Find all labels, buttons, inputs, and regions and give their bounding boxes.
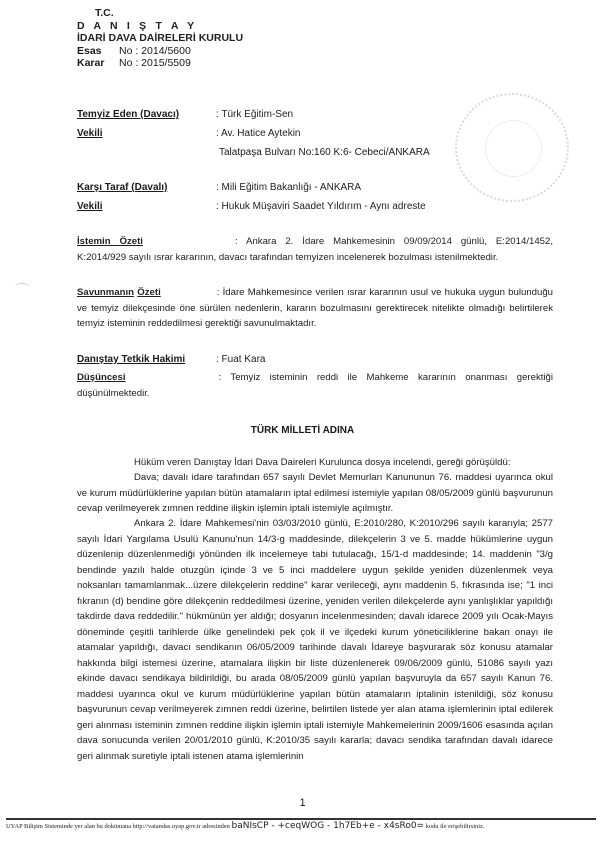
decision-paragraph-3: Ankara 2. İdare Mahkemesi'nin 03/03/2010… — [77, 516, 553, 764]
decision-paragraph-1: Hüküm veren Danıştay İdari Dava Daireler… — [77, 455, 553, 471]
footer-access-code: baNIsCP - +ceqWOG - 1h7Eb+e - x4sRo0= — [231, 821, 424, 831]
header-organization: D A N I Ş T A Y — [77, 21, 197, 32]
header-department: İDARİ DAVA DAİRELERİ KURULU — [77, 33, 243, 44]
karar-value: No : 2015/5509 — [119, 57, 191, 69]
margin-punch-mark — [15, 283, 29, 291]
karar-label: Karar — [77, 57, 119, 69]
judge-value: : Fuat Kara — [216, 354, 265, 365]
decision-number-row: KararNo : 2015/5509 — [77, 57, 191, 69]
request-summary-section: İstemin Özeti: Ankara 2. İdare Mahkemesi… — [77, 234, 553, 265]
footer-suffix: kodu ile erişebilirsiniz. — [426, 823, 485, 830]
judge-row: Danıştay Tetkik Hakimi: Fuat Kara — [77, 354, 265, 366]
appellant-label: Temyiz Eden (Davacı) — [77, 109, 216, 121]
appellant-address: Talatpaşa Bulvarı No:160 K:6- Cebeci/ANK… — [219, 147, 430, 159]
respondent-label: Karşı Taraf (Davalı) — [77, 182, 216, 194]
header-tc: T.C. — [95, 8, 114, 19]
case-number-row: EsasNo : 2014/5600 — [77, 45, 191, 57]
footer-prefix: UYAP Bilişim Sisteminde yer alan bu dokü… — [6, 823, 230, 830]
decision-title: TÜRK MİLLETİ ADINA — [0, 425, 605, 436]
request-summary-label: İstemin Özeti — [77, 236, 143, 247]
request-summary-text: : Ankara 2. İdare Mahkemesinin 09/09/201… — [77, 236, 553, 263]
defense-summary-label: Savunmanın — [77, 287, 134, 298]
footer-divider — [6, 818, 596, 820]
opinion-label: Düşüncesi — [77, 372, 126, 383]
appellant-attorney-value: : Av. Hatice Aytekin — [216, 128, 301, 139]
respondent-attorney-row: Vekili: Hukuk Müşaviri Saadet Yıldırım -… — [77, 201, 426, 213]
official-seal-inner-ring — [485, 120, 542, 177]
appellant-value: : Türk Eğitim-Sen — [216, 109, 293, 120]
footer-verification-note: UYAP Bilişim Sisteminde yer alan bu dokü… — [6, 821, 605, 831]
decision-paragraph-2: Dava; davalı idare tarafından 657 sayılı… — [77, 470, 553, 517]
appellant-attorney-row: Vekili: Av. Hatice Aytekin — [77, 128, 301, 140]
opinion-section: Düşüncesi: Temyiz isteminin reddi ile Ma… — [77, 370, 553, 401]
opinion-text: : Temyiz isteminin reddi ile Mahkeme kar… — [77, 372, 553, 399]
respondent-attorney-label: Vekili — [77, 201, 216, 213]
respondent-attorney-value: : Hukuk Müşaviri Saadet Yıldırım - Aynı … — [216, 201, 426, 212]
appellant-row: Temyiz Eden (Davacı): Türk Eğitim-Sen — [77, 109, 293, 121]
respondent-value: : Mili Eğitim Bakanlığı - ANKARA — [216, 182, 361, 193]
page-number: 1 — [0, 797, 605, 809]
esas-label: Esas — [77, 45, 119, 57]
judge-label: Danıştay Tetkik Hakimi — [77, 354, 216, 366]
esas-value: No : 2014/5600 — [119, 45, 191, 57]
appellant-attorney-label: Vekili — [77, 128, 216, 140]
defense-summary-section: Savunmanın Özeti: İdare Mahkemesince ver… — [77, 285, 553, 332]
respondent-row: Karşı Taraf (Davalı): Mili Eğitim Bakanl… — [77, 182, 361, 194]
